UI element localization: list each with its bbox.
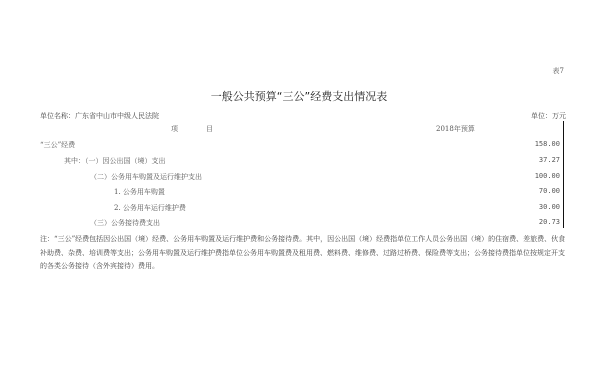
currency-unit: 单位：万元 [531, 111, 566, 121]
header-item: 项目 [171, 124, 241, 134]
row-value-vehicle-maintenance: 30.00 [539, 203, 560, 211]
header-budget: 2018年预算 [436, 124, 475, 134]
row-label-reception: （三）公务接待费支出 [90, 218, 160, 228]
row-label-total: “三公”经费 [40, 140, 75, 150]
table-right-border [563, 121, 564, 228]
row-value-reception: 20.73 [539, 218, 560, 226]
row-label-vehicle-purchase: 1. 公务用车购置 [114, 187, 165, 197]
row-value-vehicle: 100.00 [535, 172, 560, 180]
row-label-vehicle-maintenance: 2. 公务用车运行维护费 [114, 203, 186, 213]
row-value-overseas: 37.27 [539, 156, 560, 164]
row-label-overseas: 其中：（一）因公出国（境）支出 [64, 156, 166, 166]
footnote: 注：“三公”经费包括因公出国（境）经费、公务用车购置及运行维护费和公务接待费。其… [40, 233, 568, 274]
row-value-total: 158.00 [535, 140, 560, 148]
table-number: 表7 [553, 66, 564, 76]
row-label-vehicle: （二）公务用车购置及运行维护支出 [90, 172, 202, 182]
row-value-vehicle-purchase: 70.00 [539, 187, 560, 195]
page-title: 一般公共预算“三公”经费支出情况表 [0, 88, 598, 104]
unit-name: 单位名称：广东省中山市中级人民法院 [40, 111, 159, 121]
